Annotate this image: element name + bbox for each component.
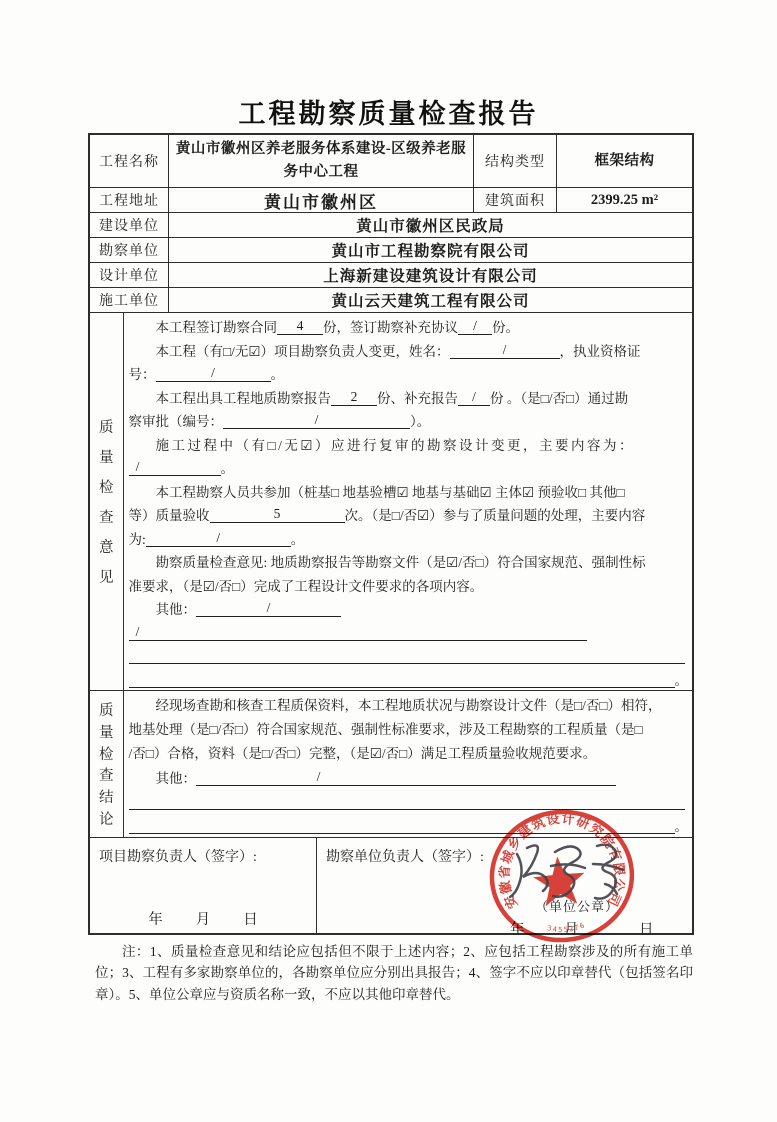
form-text: 份，签订勘察补充协议 <box>323 320 458 335</box>
survey-unit-label: 勘察单位 <box>90 238 169 262</box>
footnotes-paragraph: 注：1、质量检查意见和结论应包括但不限于上述内容；2、应包括工程勘察涉及的所有施… <box>95 941 693 1005</box>
form-line: 其他：/ <box>129 767 689 791</box>
form-line: 施工过程中（有□/无☑）应进行复审的勘察设计变更，主要内容为： <box>129 434 689 458</box>
project-address-value: 黄山市徽州区 <box>169 188 474 212</box>
form-text: 本工程（有□/无☑）项目勘察负责人变更，姓名： <box>156 344 450 359</box>
floor-area-label: 建筑面积 <box>474 188 557 212</box>
svg-text:3455276: 3455276 <box>546 921 587 936</box>
form-line: 准要求，（是☑/否□）完成了工程设计文件要求的各项内容。 <box>129 575 689 599</box>
construction-unit-value: 黄山云天建筑工程有限公司 <box>169 288 692 312</box>
form-line: 本工程（有□/无☑）项目勘察负责人变更，姓名：/，执业资格证 <box>129 340 689 364</box>
vertical-label-char: 意 <box>99 536 114 557</box>
vertical-label-char: 量 <box>99 721 114 742</box>
project-leader-signature-label: 项目勘察负责人（签字）: <box>99 846 257 866</box>
table-row-survey-unit: 勘察单位 黄山市工程勘察院有限公司 <box>90 238 692 263</box>
form-text: 为: <box>129 532 146 547</box>
form-text: /否□）合格，资料（是□/否□）完整，（是☑/否□）满足工程质量验收规范要求。 <box>129 746 597 761</box>
design-unit-label: 设计单位 <box>90 263 169 287</box>
floor-area-value: 2399.25 m² <box>557 188 692 212</box>
table-row-design-unit: 设计单位 上海新建设建筑设计有限公司 <box>90 263 692 288</box>
table-row-project-address: 工程地址 黄山市徽州区 建筑面积 2399.25 m² <box>90 188 692 213</box>
vertical-label-char: 检 <box>99 743 114 764</box>
fill-in-blank <box>129 647 685 664</box>
form-text: 。 <box>291 532 305 547</box>
form-text: 本工程勘察人员共参加（桩基□ 地基验槽☑ 地基与基础☑ 主体☑ 预验收□ 其他□ <box>156 485 625 500</box>
form-text: 其他： <box>156 602 197 617</box>
vertical-label-char: 检 <box>99 476 114 497</box>
fill-in-blank: 5 <box>210 506 345 523</box>
form-line <box>129 645 689 669</box>
quality-conclusion-vertical-label: 质量检查结论 <box>90 691 124 837</box>
vertical-label-char: 查 <box>99 506 114 527</box>
fill-in-blank: / <box>129 459 147 476</box>
form-text: 。 <box>675 819 689 834</box>
form-line: 勘察质量检查意见: 地质勘察报告等勘察文件（是☑/否□）符合国家规范、强制性标 <box>129 551 689 575</box>
fill-in-blank: / <box>196 769 441 786</box>
construction-unit-label: 施工单位 <box>90 288 169 312</box>
date-year: 年 <box>148 908 163 929</box>
quality-opinion-section: 质量检查意见 本工程签订勘察合同4份，签订勘察补充协议/份。本工程（有□/无☑）… <box>90 313 692 691</box>
form-line: 地基处理（是□/否□）符合国家规范、强制性标准要求，涉及工程勘察的工程质量（是□ <box>129 718 689 742</box>
form-text: 其他： <box>156 771 197 786</box>
form-text: 本工程签订勘察合同 <box>156 320 278 335</box>
form-text: 施工过程中（有□/无☑）应进行复审的勘察设计变更，主要内容为： <box>156 438 636 453</box>
form-text: 勘察质量检查意见: 地质勘察报告等勘察文件（是☑/否□）符合国家规范、强制性标 <box>156 555 646 570</box>
owner-unit-value: 黄山市徽州区民政局 <box>169 213 692 237</box>
form-line: 。 <box>129 669 689 693</box>
form-text: 。 <box>221 461 235 476</box>
form-text: 准要求，（是☑/否□）完成了工程设计文件要求的各项内容。 <box>129 579 484 594</box>
structure-type-label: 结构类型 <box>474 135 557 187</box>
fill-in-blank: / <box>129 624 147 641</box>
form-line: 其他：/ <box>129 598 689 622</box>
date-month: 月 <box>196 908 211 929</box>
vertical-label-char: 质 <box>99 699 114 720</box>
project-address-label: 工程地址 <box>90 188 169 212</box>
fill-in-blank: / <box>146 530 291 547</box>
structure-type-value: 框架结构 <box>557 135 692 187</box>
vertical-label-char: 论 <box>99 808 114 829</box>
table-row-owner-unit: 建设单位 黄山市徽州区民政局 <box>90 213 692 238</box>
project-leader-signature-cell: 项目勘察负责人（签字）: 年 月 日 <box>90 838 317 935</box>
date-day: 日 <box>243 908 258 929</box>
form-text: 号： <box>129 367 156 382</box>
seal-number-text: 3455276 <box>546 921 587 936</box>
form-text: ，执业资格证 <box>560 344 641 359</box>
survey-unit-value: 黄山市工程勘察院有限公司 <box>169 238 692 262</box>
form-text: 份。 <box>492 320 519 335</box>
signature-date-left: 年 月 日 <box>90 908 316 929</box>
table-row-project-name: 工程名称 黄山市徽州区养老服务体系建设-区级养老服务中心工程 结构类型 框架结构 <box>90 135 692 188</box>
form-text: 。 <box>675 673 689 688</box>
fill-in-blank: 2 <box>331 389 377 406</box>
vertical-label-char: 见 <box>99 566 114 587</box>
form-line: /。 <box>129 457 689 481</box>
owner-unit-label: 建设单位 <box>90 213 169 237</box>
fill-in-blank: / <box>223 412 410 429</box>
form-line: 本工程签订勘察合同4份，签订勘察补充协议/份。 <box>129 316 689 340</box>
form-line: /否□）合格，资料（是□/否□）完整，（是☑/否□）满足工程质量验收规范要求。 <box>129 742 689 766</box>
fill-in-blank <box>441 769 616 786</box>
fill-in-blank <box>129 671 675 688</box>
form-text: 份、补充报告 <box>377 391 458 406</box>
fill-in-blank: / <box>458 389 490 406</box>
handwritten-signature <box>503 836 635 910</box>
form-line: 本工程出具工程地质勘察报告2份、补充报告/份 。（是□/否□）通过勘 <box>129 387 689 411</box>
form-text: 本工程出具工程地质勘察报告 <box>156 391 332 406</box>
fill-in-blank: / <box>458 318 492 335</box>
form-line: 经现场查勘和核查工程质保资料，本工程地质状况与勘察设计文件（是□/否□）相符， <box>129 694 689 718</box>
vertical-label-char: 查 <box>99 764 114 785</box>
quality-opinion-text: 本工程签订勘察合同4份，签订勘察补充协议/份。本工程（有□/无☑）项目勘察负责人… <box>124 313 693 690</box>
fill-in-blank: / <box>196 600 341 617</box>
page-title: 工程勘察质量检查报告 <box>0 92 777 131</box>
form-line: 为:/。 <box>129 528 689 552</box>
form-text: 地基处理（是□/否□）符合国家规范、强制性标准要求，涉及工程勘察的工程质量（是□ <box>129 722 643 737</box>
form-text: 经现场查勘和核查工程质保资料，本工程地质状况与勘察设计文件（是□/否□）相符， <box>156 698 662 713</box>
form-text: 察审批（编号： <box>129 414 224 429</box>
table-row-construction-unit: 施工单位 黄山云天建筑工程有限公司 <box>90 288 692 313</box>
fill-in-blank <box>147 459 221 476</box>
survey-unit-leader-signature-label: 勘察单位负责人（签字）: <box>326 846 484 866</box>
quality-opinion-vertical-label: 质量检查意见 <box>90 313 124 690</box>
project-name-value: 黄山市徽州区养老服务体系建设-区级养老服务中心工程 <box>169 135 474 187</box>
form-text: 份 。（是□/否□）通过勘 <box>490 391 628 406</box>
form-text: 。 <box>271 367 285 382</box>
project-name-label: 工程名称 <box>90 135 169 187</box>
form-text: 等）质量验收 <box>129 508 210 523</box>
vertical-label-char: 量 <box>99 446 114 467</box>
fill-in-blank: / <box>156 365 271 382</box>
fill-in-blank: / <box>450 342 560 359</box>
form-line: 等）质量验收5次。（是□/否☑）参与了质量问题的处理，主要内容 <box>129 504 689 528</box>
vertical-label-char: 结 <box>99 786 114 807</box>
design-unit-value: 上海新建设建筑设计有限公司 <box>169 263 692 287</box>
vertical-label-char: 质 <box>99 416 114 437</box>
form-line: / <box>129 622 689 646</box>
form-line: 本工程勘察人员共参加（桩基□ 地基验槽☑ 地基与基础☑ 主体☑ 预验收□ 其他□ <box>129 481 689 505</box>
form-line: 察审批（编号：/）。 <box>129 410 689 434</box>
form-text: 次。（是□/否☑）参与了质量问题的处理，主要内容 <box>345 508 646 523</box>
scanned-report-page: 工程勘察质量检查报告 工程名称 黄山市徽州区养老服务体系建设-区级养老服务中心工… <box>0 0 777 1122</box>
fill-in-blank <box>147 624 587 641</box>
fill-in-blank: 4 <box>277 318 323 335</box>
form-text: ）。 <box>410 414 430 429</box>
form-line: 号：/。 <box>129 363 689 387</box>
